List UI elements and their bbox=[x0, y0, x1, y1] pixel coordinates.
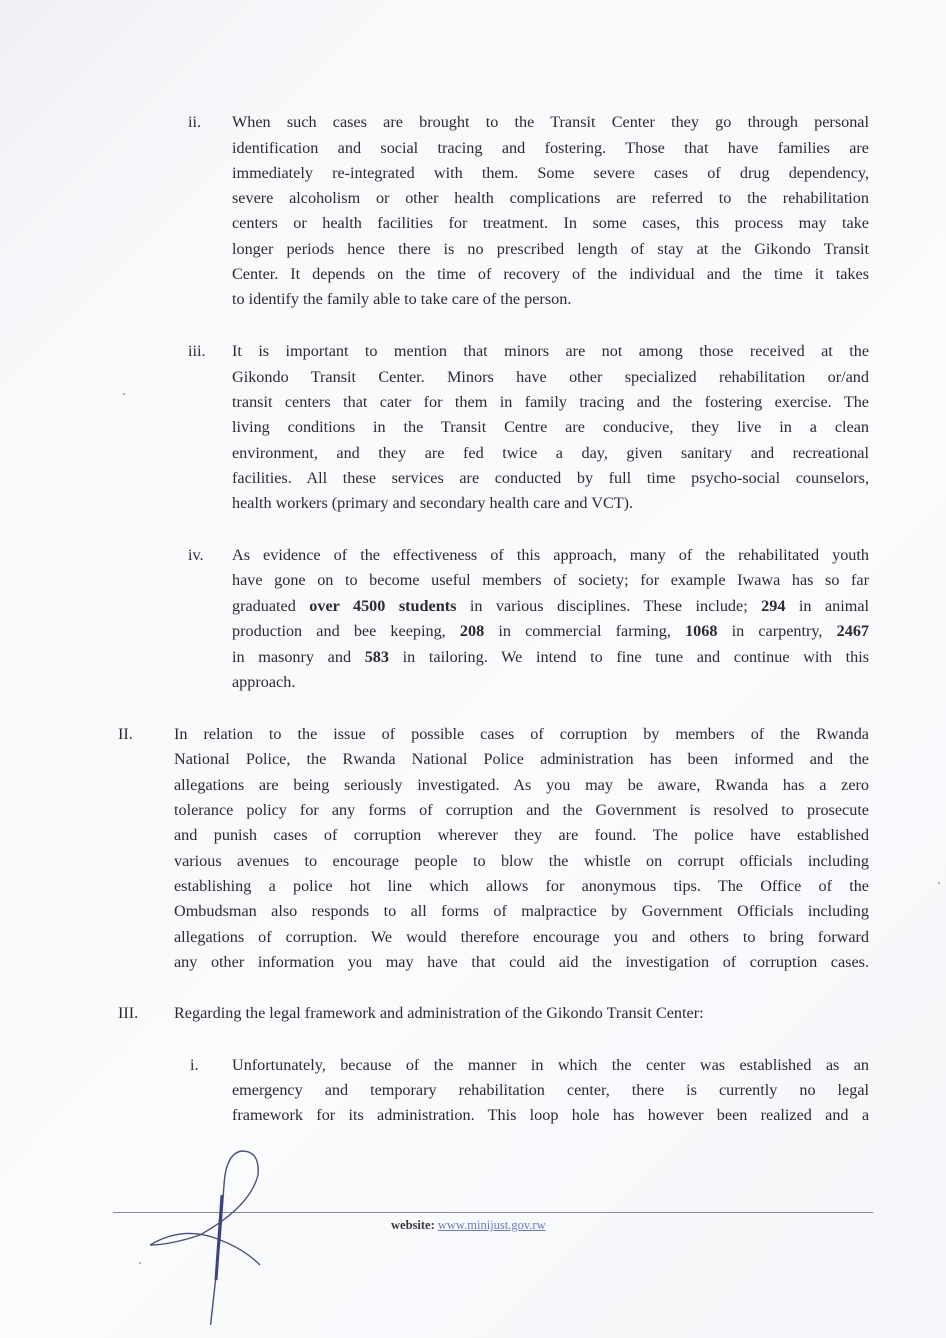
text-line: to identify the family able to take care… bbox=[232, 286, 571, 312]
footer: website: www.minijust.gov.rw bbox=[391, 1218, 546, 1233]
text-line: emergency and temporary rehabilitation c… bbox=[232, 1077, 869, 1103]
text-line: production and bee keeping, 208 in comme… bbox=[232, 618, 869, 644]
text-span: in carpentry, bbox=[717, 622, 836, 640]
text-line: allegations are being seriously investig… bbox=[174, 772, 869, 798]
bold-number: 208 bbox=[460, 622, 484, 640]
list-marker: i. bbox=[190, 1052, 199, 1078]
text-line: Center. It depends on the time of recove… bbox=[232, 261, 869, 287]
list-marker: iv. bbox=[188, 542, 204, 568]
text-line: In relation to the issue of possible cas… bbox=[174, 721, 869, 747]
text-line: tolerance policy for any forms of corrup… bbox=[174, 797, 869, 823]
text-line: identification and social tracing and fo… bbox=[232, 135, 869, 161]
text-line: It is important to mention that minors a… bbox=[232, 338, 869, 364]
bold-number: 583 bbox=[365, 648, 389, 666]
list-marker: iii. bbox=[188, 338, 206, 364]
text-span: in masonry and bbox=[232, 648, 365, 666]
text-line: graduated over 4500 students in various … bbox=[232, 593, 869, 619]
bold-total: over 4500 students bbox=[309, 597, 456, 615]
text-line: any other information you may have that … bbox=[174, 949, 869, 975]
scan-speck bbox=[139, 1262, 141, 1264]
text-span: production and bee keeping, bbox=[232, 622, 460, 640]
text-line: in masonry and 583 in tailoring. We inte… bbox=[232, 644, 869, 670]
text-line: have gone on to become useful members of… bbox=[232, 567, 869, 593]
bold-number: 1068 bbox=[685, 622, 717, 640]
text-line: National Police, the Rwanda National Pol… bbox=[174, 746, 869, 772]
scan-speck bbox=[123, 393, 125, 395]
text-line: immediately re-integrated with them. Som… bbox=[232, 160, 869, 186]
list-marker: II. bbox=[118, 721, 133, 747]
text-span: in animal bbox=[785, 597, 869, 615]
text-line: facilities. All these services are condu… bbox=[232, 465, 869, 491]
list-marker: ii. bbox=[188, 109, 201, 135]
text-line: Unfortunately, because of the manner in … bbox=[232, 1052, 869, 1078]
list-marker: III. bbox=[118, 1000, 138, 1026]
text-line: Gikondo Transit Center. Minors have othe… bbox=[232, 364, 869, 390]
text-line: various avenues to encourage people to b… bbox=[174, 848, 869, 874]
text-span: graduated bbox=[232, 597, 309, 615]
bold-number: 294 bbox=[761, 597, 785, 615]
text-line: health workers (primary and secondary he… bbox=[232, 490, 633, 516]
text-line: longer periods hence there is no prescri… bbox=[232, 236, 869, 262]
text-line: approach. bbox=[232, 669, 295, 695]
footer-label: website: bbox=[391, 1218, 435, 1232]
scan-speck bbox=[938, 882, 940, 884]
text-line: centers or health facilities for treatme… bbox=[232, 210, 869, 236]
website-link[interactable]: www.minijust.gov.rw bbox=[438, 1218, 546, 1232]
text-span: in commercial farming, bbox=[484, 622, 685, 640]
text-line: Ombudsman also responds to all forms of … bbox=[174, 898, 869, 924]
document-page: ii. When such cases are brought to the T… bbox=[0, 0, 946, 1338]
section-heading: Regarding the legal framework and admini… bbox=[174, 1000, 704, 1026]
signature-icon bbox=[150, 1145, 280, 1325]
text-line: establishing a police hot line which all… bbox=[174, 873, 869, 899]
text-line: severe alcoholism or other health compli… bbox=[232, 185, 869, 211]
bold-number: 2467 bbox=[837, 622, 869, 640]
text-line: living conditions in the Transit Centre … bbox=[232, 414, 869, 440]
text-line: When such cases are brought to the Trans… bbox=[232, 109, 869, 135]
text-span: in various disciplines. These include; bbox=[456, 597, 761, 615]
text-span: in tailoring. We intend to fine tune and… bbox=[389, 648, 869, 666]
text-line: environment, and they are fed twice a da… bbox=[232, 440, 869, 466]
text-line: transit centers that cater for them in f… bbox=[232, 389, 869, 415]
text-line: framework for its administration. This l… bbox=[232, 1102, 869, 1128]
text-line: allegations of corruption. We would ther… bbox=[174, 924, 869, 950]
text-line: As evidence of the effectiveness of this… bbox=[232, 542, 869, 568]
text-line: and punish cases of corruption wherever … bbox=[174, 822, 869, 848]
